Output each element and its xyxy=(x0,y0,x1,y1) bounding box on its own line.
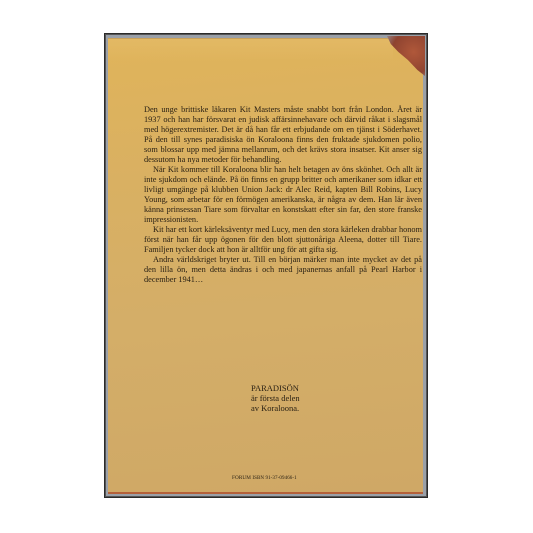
blurb-paragraph-4: Andra världskriget bryter ut. Till en bö… xyxy=(144,255,422,285)
series-note-title: PARADISÖN xyxy=(251,383,341,393)
series-note-line-2: är första delen xyxy=(251,393,341,403)
cover-top-crease xyxy=(108,38,393,61)
isbn-line: FORUM ISBN 91-37-09466-1 xyxy=(232,475,297,481)
blurb-text: Den unge brittiske läkaren Kit Masters m… xyxy=(144,105,422,285)
blurb-paragraph-3: Kit har ett kort kärleksäventyr med Lucy… xyxy=(144,225,422,255)
series-note: PARADISÖN är första delen av Koraloona. xyxy=(251,383,341,413)
isbn-number: 91-37-09466-1 xyxy=(265,476,296,481)
blurb-paragraph-2: När Kit kommer till Koraloona blir han h… xyxy=(144,165,422,225)
isbn-label: ISBN xyxy=(252,476,264,481)
series-note-line-3: av Koraloona. xyxy=(251,403,341,413)
book-back-cover-frame: Den unge brittiske läkaren Kit Masters m… xyxy=(104,33,428,498)
book-back-cover: Den unge brittiske läkaren Kit Masters m… xyxy=(108,38,423,494)
publisher-name: FORUM xyxy=(232,475,251,481)
blurb-paragraph-1: Den unge brittiske läkaren Kit Masters m… xyxy=(144,105,422,165)
